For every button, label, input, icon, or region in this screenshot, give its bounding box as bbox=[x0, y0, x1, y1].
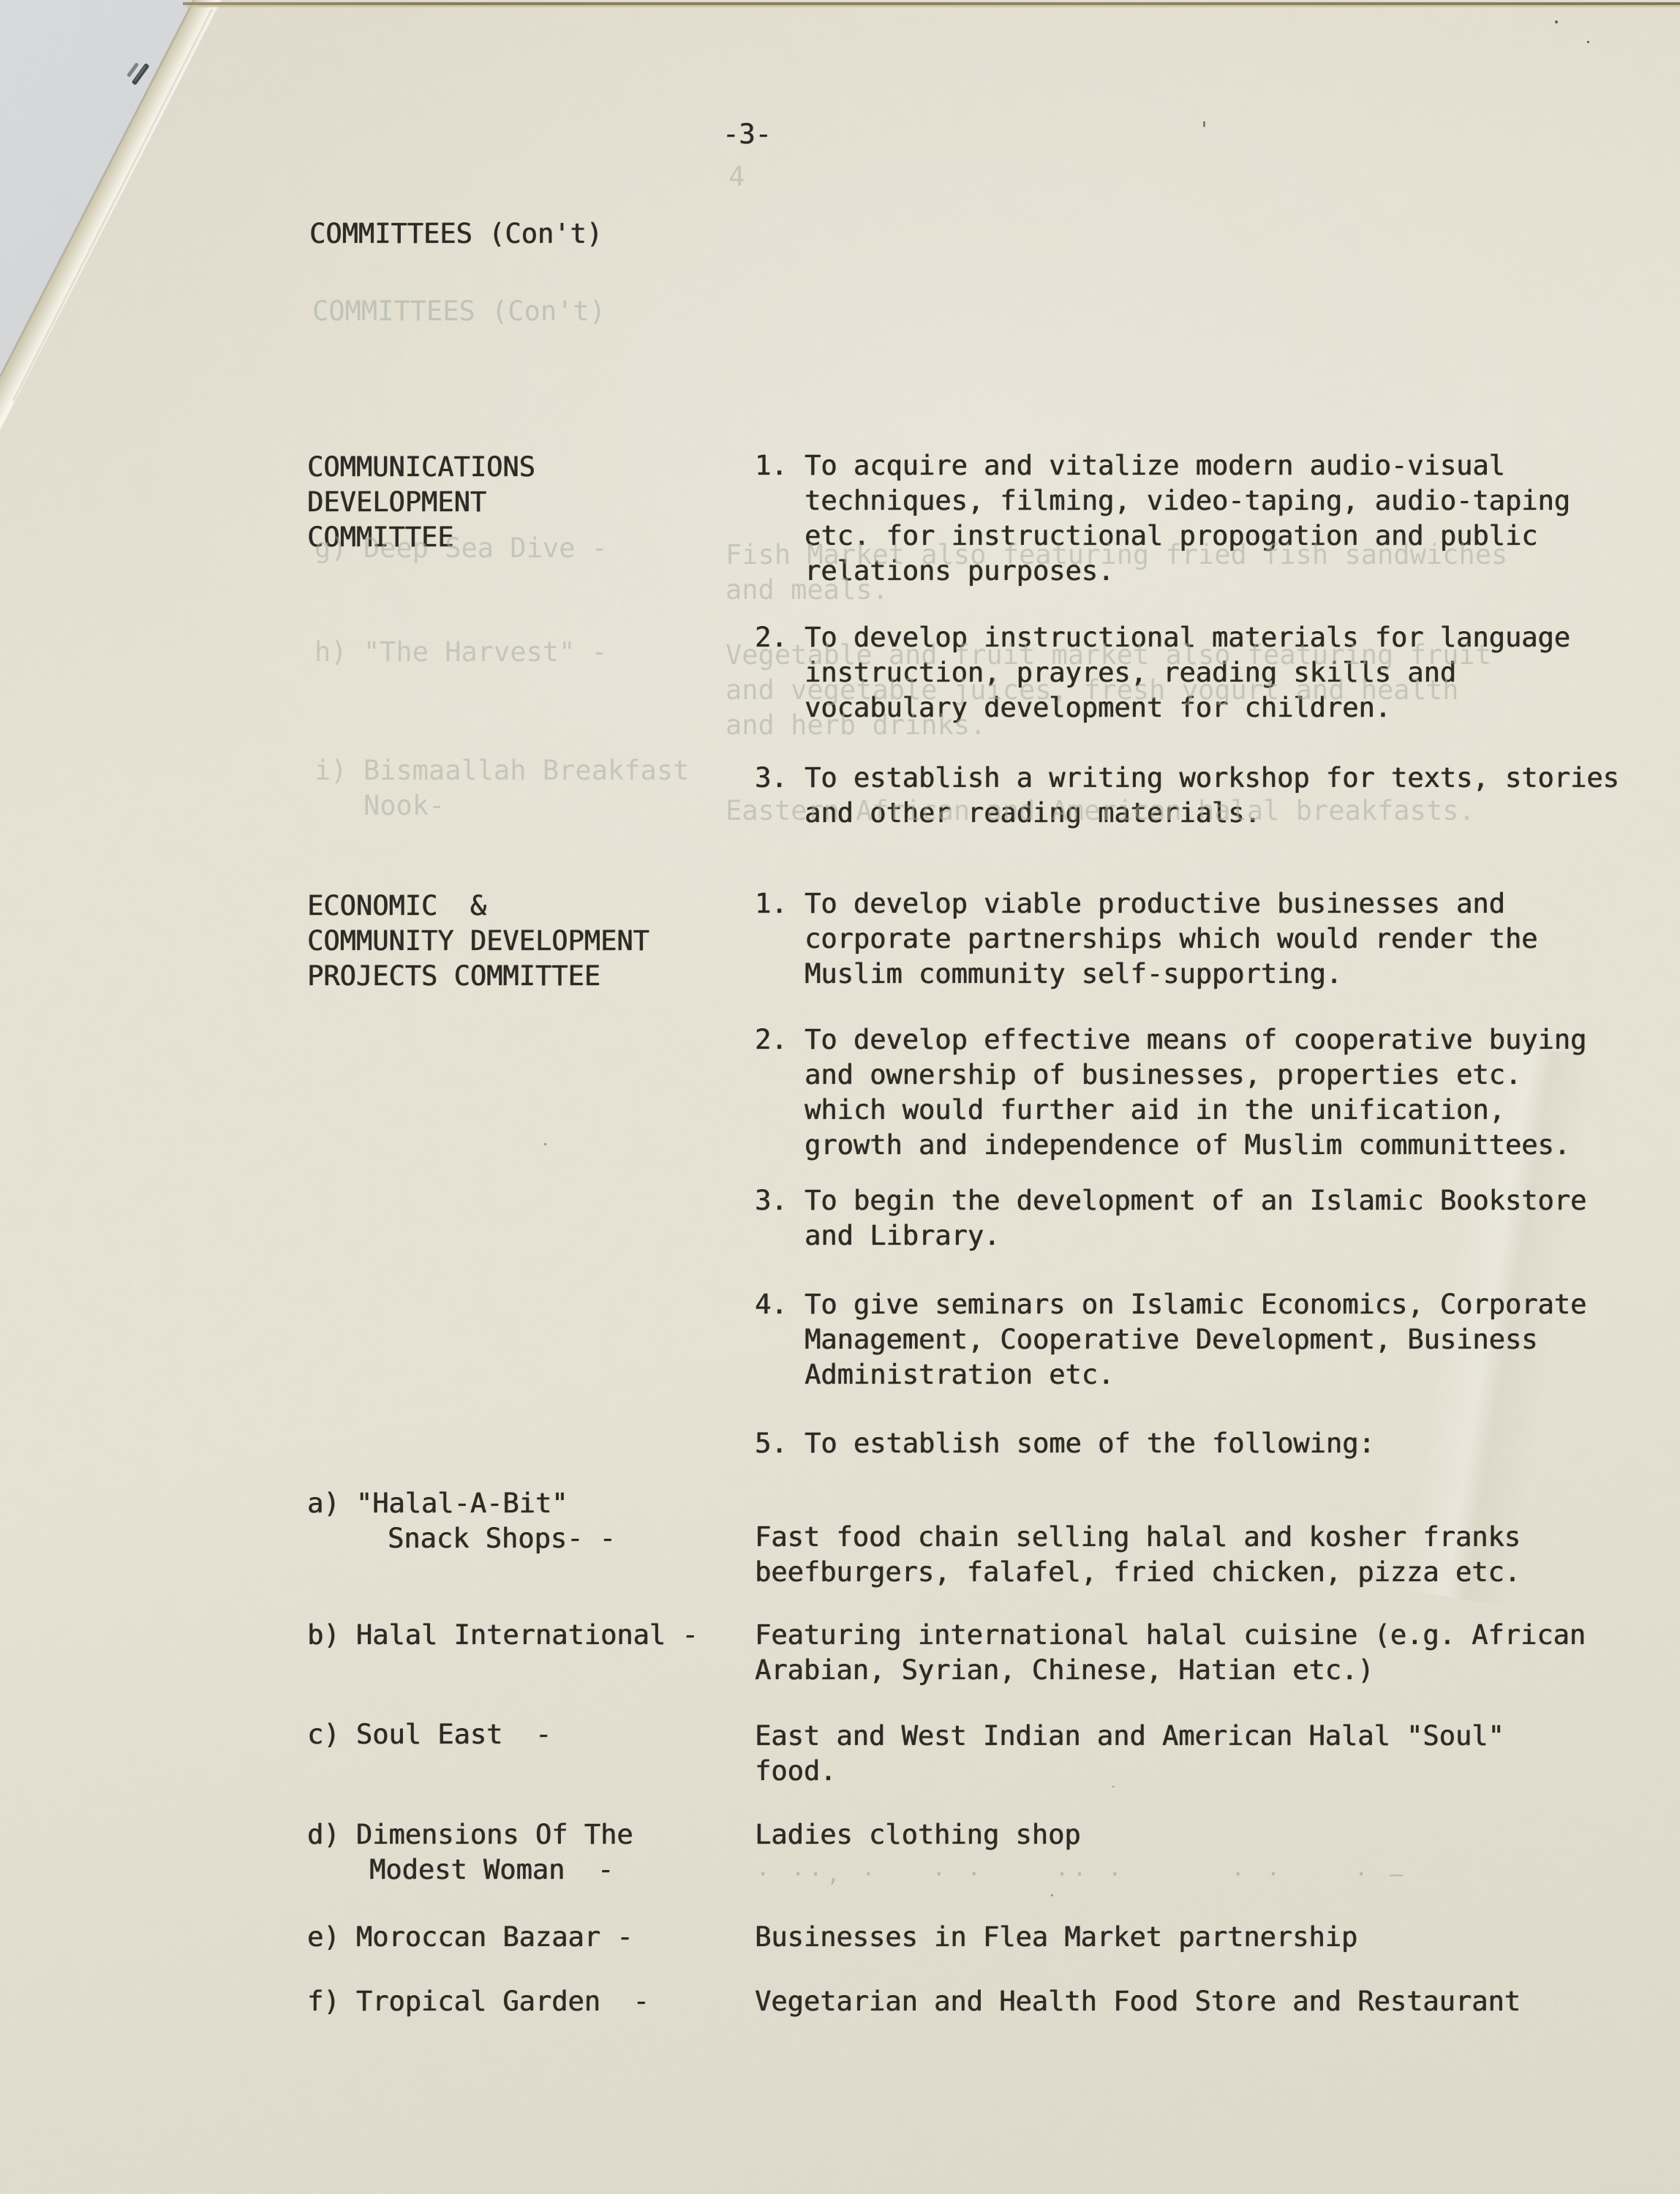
venture-desc-line: Featuring international halal cuisine (e… bbox=[755, 1618, 1586, 1653]
venture-label-line: f) Tropical Garden - bbox=[307, 1984, 649, 2019]
paper-top-edge-highlight bbox=[187, 5, 1680, 7]
item-number: 3. bbox=[755, 1183, 788, 1218]
item-number: 5. bbox=[755, 1426, 788, 1461]
venture-label-line: e) Moroccan Bazaar - bbox=[307, 1920, 633, 1955]
committee-name-line: ECONOMIC & bbox=[307, 889, 486, 924]
committee-name-line: DEVELOPMENT bbox=[307, 485, 486, 520]
item-line: To give seminars on Islamic Economics, C… bbox=[805, 1287, 1586, 1322]
ghost-page-number: 4 bbox=[728, 159, 745, 195]
venture-desc-line: Ladies clothing shop bbox=[755, 1817, 1081, 1852]
item-line: growth and independence of Muslim commun… bbox=[805, 1128, 1570, 1163]
item-line: To develop effective means of cooperativ… bbox=[805, 1022, 1586, 1058]
page-heading: COMMITTEES (Con't) bbox=[309, 216, 603, 252]
item-line: To establish some of the following: bbox=[805, 1426, 1375, 1461]
erased-text-remnant: · ··, · · · ·· · · · · — bbox=[756, 1858, 1407, 1893]
ghost-label-line: g) Deep Sea Dive - bbox=[314, 531, 608, 566]
item-number: 1. bbox=[755, 448, 788, 483]
ghost-desc-line: Fish Market also featuring fried fish sa… bbox=[726, 538, 1507, 573]
item-line: Administration etc. bbox=[805, 1357, 1114, 1392]
venture-desc-line: Arabian, Syrian, Chinese, Hatian etc.) bbox=[755, 1653, 1374, 1688]
venture-label-line: a) "Halal-A-Bit" bbox=[307, 1486, 568, 1521]
venture-desc-line: food. bbox=[755, 1754, 836, 1789]
ghost-desc-line: and herb drinks. bbox=[726, 708, 986, 743]
item-line: which would further aid in the unificati… bbox=[805, 1093, 1505, 1128]
ghost-desc-line: Vegetable and fruit market also featurin… bbox=[726, 638, 1491, 673]
item-line: Muslim community self-supporting. bbox=[805, 957, 1342, 992]
item-number: 1. bbox=[755, 886, 788, 921]
ghost-label-line: h) "The Harvest" - bbox=[314, 635, 608, 670]
committee-name-line: COMMUNITY DEVELOPMENT bbox=[307, 924, 649, 959]
ghost-desc-line: Eastern African and American halal break… bbox=[726, 793, 1475, 829]
venture-desc-line: Fast food chain selling halal and kosher… bbox=[755, 1520, 1521, 1555]
item-line: and ownership of businesses, properties … bbox=[805, 1058, 1521, 1093]
item-number: 4. bbox=[755, 1287, 788, 1322]
committee-name-line: PROJECTS COMMITTEE bbox=[307, 959, 600, 994]
item-line: To develop viable productive businesses … bbox=[805, 886, 1505, 921]
dust-speck bbox=[1112, 1786, 1114, 1787]
dust-speck bbox=[1555, 20, 1558, 23]
item-line: Management, Cooperative Development, Bus… bbox=[805, 1322, 1537, 1357]
page-number: -3- bbox=[723, 117, 772, 152]
venture-desc-line: Vegetarian and Health Food Store and Res… bbox=[755, 1984, 1521, 2019]
venture-desc-line: beefburgers, falafel, fried chicken, piz… bbox=[755, 1555, 1521, 1590]
dust-speck bbox=[1587, 41, 1589, 43]
item-line: corporate partnerships which would rende… bbox=[805, 921, 1537, 957]
venture-desc-line: Businesses in Flea Market partnership bbox=[755, 1920, 1357, 1955]
dust-speck bbox=[544, 1143, 546, 1145]
item-line: To begin the development of an Islamic B… bbox=[805, 1183, 1586, 1218]
ink-tick-mark: ' bbox=[1198, 117, 1210, 141]
item-number: 3. bbox=[755, 761, 788, 796]
venture-label-line: Snack Shops- - bbox=[388, 1521, 616, 1556]
venture-label-line: d) Dimensions Of The bbox=[307, 1817, 633, 1852]
item-line: techniques, filming, video-taping, audio… bbox=[805, 483, 1570, 519]
ghost-label-line: i) Bismaallah Breakfast bbox=[314, 753, 689, 788]
item-line: To establish a writing workshop for text… bbox=[805, 761, 1619, 796]
item-line: and Library. bbox=[805, 1218, 1000, 1254]
committee-name-line: COMMUNICATIONS bbox=[307, 450, 535, 485]
item-number: 2. bbox=[755, 1022, 788, 1058]
ghost-desc-line: and meals. bbox=[726, 573, 889, 608]
scanned-document-page: COMMITTEES (Con't) 4 -3- COMMITTEES (Con… bbox=[0, 0, 1680, 2194]
ghost-desc-line: and vegetable juices, fresh yogurt and h… bbox=[726, 673, 1458, 708]
dust-speck bbox=[1051, 1894, 1053, 1896]
venture-desc-line: East and West Indian and American Halal … bbox=[755, 1719, 1504, 1754]
ghost-heading: COMMITTEES (Con't) bbox=[312, 294, 606, 329]
ghost-label-line: Nook- bbox=[364, 788, 445, 823]
venture-label-line: Modest Woman - bbox=[369, 1852, 614, 1888]
venture-label-line: c) Soul East - bbox=[307, 1717, 551, 1752]
venture-label-line: b) Halal International - bbox=[307, 1618, 698, 1653]
item-line: To acquire and vitalize modern audio-vis… bbox=[805, 448, 1505, 483]
